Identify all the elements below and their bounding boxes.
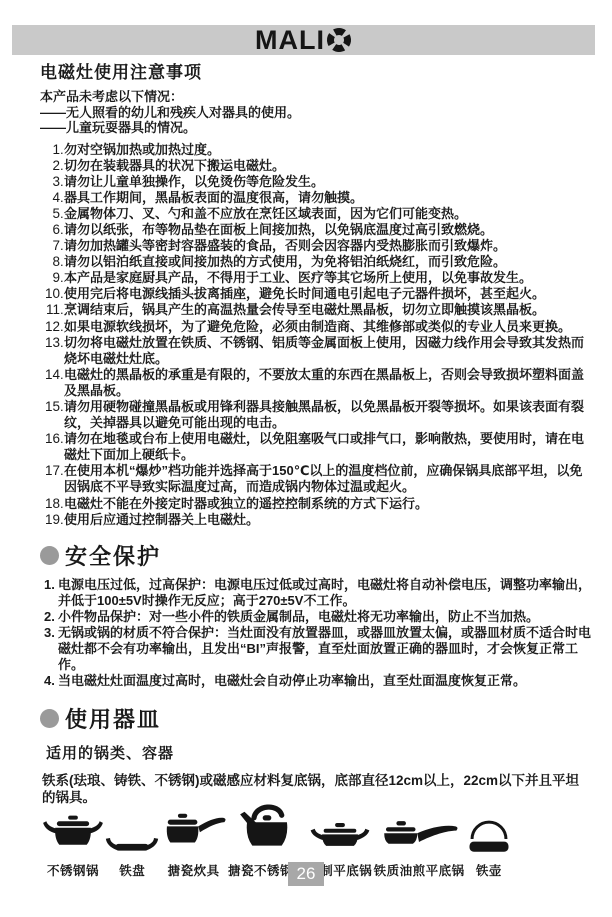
notice-item-number: 8	[40, 254, 60, 270]
pot-label: 铁盘	[119, 861, 145, 879]
notice-item: 5 . 金属物体刀、叉、勺和盖不应放在烹饪区域表面，因为它们可能变热。	[40, 206, 592, 222]
iron-flat-pot-icon	[309, 812, 371, 856]
notice-intro: 本产品未考虑以下情况： ——无人照看的幼儿和残疾人对器具的使用。 ——儿童玩耍器…	[40, 89, 592, 136]
notice-item-number: 6	[40, 222, 60, 238]
notice-item-text: 切勿在装载器具的状况下搬运电磁灶。	[64, 158, 285, 174]
safety-section-heading: 安全保护	[40, 540, 592, 571]
safety-title: 安全保护	[65, 540, 161, 571]
notice-item-text: 电磁灶不能在外接定时器或独立的遥控控制系统的方式下运行。	[64, 496, 428, 512]
safety-item-text: 当电磁灶灶面温度过高时，电磁灶会自动停止功率输出，直至灶面温度恢复正常。	[58, 673, 526, 689]
safety-item-number: 2.	[44, 609, 58, 625]
pot-label: 铁壶	[476, 861, 502, 879]
notice-item-number: 15	[40, 399, 60, 431]
notice-intro-line: ——儿童玩耍器具的情况。	[40, 120, 592, 136]
notice-item: 9 . 本产品是家庭厨具产品，不得用于工业、医疗等其它场所上使用，以免事故发生。	[40, 270, 592, 286]
cookware-subtitle: 适用的锅类、容器	[46, 742, 592, 763]
notice-item-number: 18	[40, 496, 60, 512]
notice-item: 15 . 请勿用硬物碰撞黑晶板或用锋利器具接触黑晶板，以免黑晶板开裂等损坏。如果…	[40, 399, 592, 431]
brand-logo: MALI	[255, 25, 352, 56]
brand-logo-text: MALI	[255, 25, 325, 56]
safety-item-number: 1.	[44, 577, 58, 609]
notice-item-number: 16	[40, 431, 60, 463]
iron-plate-icon	[105, 812, 159, 856]
notice-item: 6 . 请勿以纸张，布等物品垫在面板上间接加热，以免锅底温度过高引致燃烧。	[40, 222, 592, 238]
pot-label: 搪瓷炊具	[168, 861, 220, 879]
pot-cell: 铁质油煎平底锅	[374, 812, 465, 879]
notice-title: 电磁灶使用注意事项	[40, 58, 592, 83]
notice-item-number: 9	[40, 270, 60, 286]
safety-item-number: 4.	[44, 673, 58, 689]
notice-item: 2 . 切勿在装载器具的状况下搬运电磁灶。	[40, 158, 592, 174]
notice-item-number: 14	[40, 367, 60, 399]
notice-item-text: 请勿加热罐头等密封容器盛装的食品，否则会因容器内受热膨胀而引致爆炸。	[64, 238, 506, 254]
safety-item: 4. 当电磁灶灶面温度过高时，电磁灶会自动停止功率输出，直至灶面温度恢复正常。	[44, 673, 592, 689]
notice-list: 1 . 勿对空锅加热或加热过度。 2 . 切勿在装载器具的状况下搬运电磁灶。 3…	[40, 142, 592, 528]
notice-item-text: 金属物体刀、叉、勺和盖不应放在烹饪区域表面，因为它们可能变热。	[64, 206, 467, 222]
section-bullet-icon	[40, 709, 59, 728]
notice-item: 8 . 请勿以铝泊纸直接或间接加热的方式使用，为免将铝泊纸烧红，而引致危险。	[40, 254, 592, 270]
notice-item-text: 请勿用硬物碰撞黑晶板或用锋利器具接触黑晶板，以免黑晶板开裂等损坏。如果该表面有裂…	[64, 399, 592, 431]
notice-item-number: 11	[40, 302, 60, 318]
pot-cell: 铁壶	[466, 812, 512, 879]
notice-intro-line: ——无人照看的幼儿和残疾人对器具的使用。	[40, 105, 592, 121]
cookware-description: 铁系(珐琅、铸铁、不锈钢)或磁感应材料复底锅，底部直径12cm以上，22cm以下…	[42, 772, 590, 806]
notice-item-number: 12	[40, 319, 60, 335]
notice-item-number: 19	[40, 512, 60, 528]
manual-page: MALI 电磁灶使用注意事项 本产品未考虑以下情况： ——无人照看的幼儿和残疾人…	[0, 0, 612, 917]
notice-item: 7 . 请勿加热罐头等密封容器盛装的食品，否则会因容器内受热膨胀而引致爆炸。	[40, 238, 592, 254]
enamel-saucepan-icon	[161, 812, 227, 856]
notice-item-text: 如果电源软线损坏，为了避免危险，必须由制造商、其维修部或类似的专业人员来更换。	[64, 319, 571, 335]
notice-item-text: 请勿以铝泊纸直接或间接加热的方式使用，为免将铝泊纸烧红，而引致危险。	[64, 254, 506, 270]
notice-item: 10 . 使用完后将电源线插头拔离插座，避免长时间通电引起电子元器件损坏，甚至起…	[40, 286, 592, 302]
pot-label: 铁质油煎平底锅	[374, 861, 465, 879]
notice-item-number: 1	[40, 142, 60, 158]
notice-item-text: 烹调结束后，锅具产生的高温热量会传导至电磁灶黑晶板，切勿立即触摸该黑晶板。	[64, 302, 545, 318]
notice-item-text: 请勿在地毯或台布上使用电磁灶，以免阻塞吸气口或排气口，影响散热，要使用时，请在电…	[64, 431, 592, 463]
notice-item-text: 使用完后将电源线插头拔离插座，避免长时间通电引起电子元器件损坏，甚至起火。	[64, 286, 545, 302]
safety-item-text: 无锅或锅的材质不符合保护：当灶面没有放置器皿，或器皿放置太偏，或器皿材质不适合时…	[58, 625, 592, 673]
page-number-badge: 26	[288, 862, 324, 886]
notice-item-text: 勿对空锅加热或加热过度。	[64, 142, 220, 158]
notice-item: 12 . 如果电源软线损坏，为了避免危险，必须由制造商、其维修部或类似的专业人员…	[40, 319, 592, 335]
section-bullet-icon	[40, 546, 59, 565]
notice-item-text: 本产品是家庭厨具产品，不得用于工业、医疗等其它场所上使用，以免事故发生。	[64, 270, 532, 286]
notice-item-number: 17	[40, 463, 60, 495]
cookware-title: 使用器皿	[65, 703, 161, 734]
notice-item-text: 在使用本机“爆炒”档功能并选择高于150℃以上的温度档位前，应确保锅具底部平坦，…	[64, 463, 592, 495]
pot-cell: 不锈钢锅	[42, 812, 104, 879]
notice-item-number: 3	[40, 174, 60, 190]
notice-item-text: 请勿让儿童单独操作，以免烫伤等危险发生。	[64, 174, 324, 190]
enamel-kettle-icon	[238, 812, 296, 856]
notice-item: 18 . 电磁灶不能在外接定时器或独立的遥控控制系统的方式下运行。	[40, 496, 592, 512]
pots-row: 不锈钢锅 铁盘 搪瓷炊具	[42, 812, 512, 879]
notice-item: 11 . 烹调结束后，锅具产生的高温热量会传导至电磁灶黑晶板，切勿立即触摸该黑晶…	[40, 302, 592, 318]
safety-item-number: 3.	[44, 625, 58, 673]
notice-item-number: 2	[40, 158, 60, 174]
notice-item-number: 13	[40, 335, 60, 367]
notice-item-text: 请勿以纸张，布等物品垫在面板上间接加热，以免锅底温度过高引致燃烧。	[64, 222, 493, 238]
stainless-pot-icon	[42, 812, 104, 856]
content-column: 电磁灶使用注意事项 本产品未考虑以下情况： ——无人照看的幼儿和残疾人对器具的使…	[40, 58, 592, 879]
pot-label: 不锈钢锅	[47, 861, 99, 879]
notice-item-text: 器具工作期间，黑晶板表面的温度很高，请勿触摸。	[64, 190, 363, 206]
iron-frypan-icon	[379, 812, 459, 856]
notice-item: 3 . 请勿让儿童单独操作，以免烫伤等危险发生。	[40, 174, 592, 190]
safety-item: 1. 电源电压过低，过高保护：电源电压过低或过高时，电磁灶将自动补偿电压，调整功…	[44, 577, 592, 609]
safety-item-text: 小件物品保护：对一些小件的铁质金属制品，电磁灶将无功率输出，防止不当加热。	[58, 609, 539, 625]
cookware-section-heading: 使用器皿	[40, 703, 592, 734]
shutter-o-icon	[323, 24, 356, 57]
header-bar: MALI	[12, 25, 595, 55]
notice-item: 1 . 勿对空锅加热或加热过度。	[40, 142, 592, 158]
notice-item-text: 使用后应通过控制器关上电磁灶。	[64, 512, 259, 528]
pot-cell: 搪瓷炊具	[161, 812, 227, 879]
iron-kettle-icon	[466, 812, 512, 856]
notice-item-text: 电磁灶的黑晶板的承重是有限的，不要放太重的东西在黑晶板上，否则会导致损坏塑料面盖…	[64, 367, 592, 399]
notice-item: 16 . 请勿在地毯或台布上使用电磁灶，以免阻塞吸气口或排气口，影响散热，要使用…	[40, 431, 592, 463]
notice-item-number: 10	[40, 286, 60, 302]
safety-list: 1. 电源电压过低，过高保护：电源电压过低或过高时，电磁灶将自动补偿电压，调整功…	[44, 577, 592, 690]
notice-item: 19 . 使用后应通过控制器关上电磁灶。	[40, 512, 592, 528]
notice-intro-line: 本产品未考虑以下情况：	[40, 89, 592, 105]
safety-item: 3. 无锅或锅的材质不符合保护：当灶面没有放置器皿，或器皿放置太偏，或器皿材质不…	[44, 625, 592, 673]
pot-cell: 铁盘	[105, 812, 159, 879]
notice-item: 4 . 器具工作期间，黑晶板表面的温度很高，请勿触摸。	[40, 190, 592, 206]
notice-item: 13 . 切勿将电磁灶放置在铁质、不锈钢、铝质等金属面板上使用，因磁力线作用会导…	[40, 335, 592, 367]
notice-item-number: 7	[40, 238, 60, 254]
notice-item: 14 . 电磁灶的黑晶板的承重是有限的，不要放太重的东西在黑晶板上，否则会导致损…	[40, 367, 592, 399]
notice-item-text: 切勿将电磁灶放置在铁质、不锈钢、铝质等金属面板上使用，因磁力线作用会导致其发热而…	[64, 335, 592, 367]
notice-item-number: 5	[40, 206, 60, 222]
safety-item: 2. 小件物品保护：对一些小件的铁质金属制品，电磁灶将无功率输出，防止不当加热。	[44, 609, 592, 625]
safety-item-text: 电源电压过低，过高保护：电源电压过低或过高时，电磁灶将自动补偿电压，调整功率输出…	[58, 577, 592, 609]
notice-item: 17 . 在使用本机“爆炒”档功能并选择高于150℃以上的温度档位前，应确保锅具…	[40, 463, 592, 495]
notice-item-number: 4	[40, 190, 60, 206]
